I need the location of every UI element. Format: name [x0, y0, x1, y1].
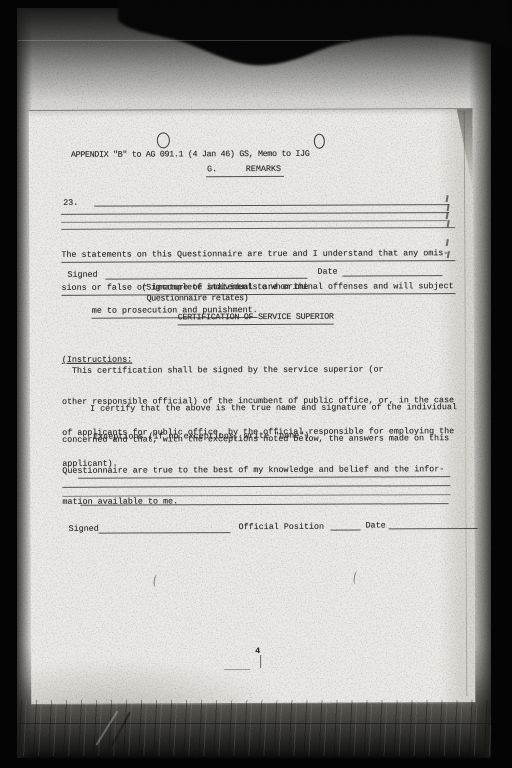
film-bottom-scratch-line [17, 723, 491, 724]
section-label: G. [207, 164, 217, 174]
signed-label-2: Signed [69, 524, 99, 534]
appendix-header: APPENDIX "B" to AG 091.1 (4 Jan 46) GS, … [71, 149, 310, 160]
section-heading: G. REMARKS [206, 164, 284, 177]
punch-hole-mark-right-icon [314, 134, 325, 149]
official-position-label: Official Position [239, 522, 324, 532]
certify-line: I certify that the above is the true nam… [62, 402, 460, 415]
certification-heading: CERTIFICATION OF SERVICE SUPERIOR [178, 312, 334, 325]
scan-artifact-squiggle [446, 195, 449, 202]
remarks-blank-line [61, 220, 447, 223]
microfilm-scan-frame: APPENDIX "B" to AG 091.1 (4 Jan 46) GS, … [0, 0, 512, 768]
film-bottom-scratches [17, 700, 491, 756]
signature-line-2 [99, 532, 231, 534]
date-line-2 [389, 528, 478, 529]
document-page: APPENDIX "B" to AG 091.1 (4 Jan 46) GS, … [29, 108, 476, 705]
scan-artifact-dash [224, 669, 250, 670]
certify-paragraph: I certify that the above is the true nam… [62, 382, 461, 527]
punch-hole-mark-left-icon [157, 132, 170, 148]
item-number: 23. [63, 198, 78, 208]
remarks-blank-line [94, 204, 449, 207]
exceptions-prompt: Exceptions (if no exceptions, write "non… [93, 431, 309, 442]
date-label-2: Date [365, 520, 385, 530]
film-scratch-line [18, 40, 350, 41]
official-position-line [331, 530, 361, 531]
signed-label-1: Signed [67, 270, 97, 280]
remarks-blank-line [61, 212, 449, 215]
signature-caption-line2: Questionnaire relates) [147, 293, 249, 303]
section-title: REMARKS [246, 164, 281, 174]
scan-artifact-squiggle [447, 204, 450, 211]
scan-artifact-tick [260, 655, 261, 668]
scan-artifact-paren [153, 574, 161, 588]
page-edge-crease [464, 111, 468, 696]
date-label-1: Date [317, 267, 337, 277]
certify-line: Questionnaire are true to the best of my… [62, 464, 460, 477]
statement-line: The statements on this Questionnaire are… [61, 248, 455, 263]
scan-artifact-paren [353, 571, 361, 585]
scan-artifact-squiggle [446, 212, 449, 219]
instructions-line1: (Instructions: This certification shall … [62, 353, 460, 377]
signature-caption-line1: (Signature of individual to whom the [141, 282, 308, 293]
instructions-line1-rest: This certification shall be signed by th… [62, 364, 460, 377]
